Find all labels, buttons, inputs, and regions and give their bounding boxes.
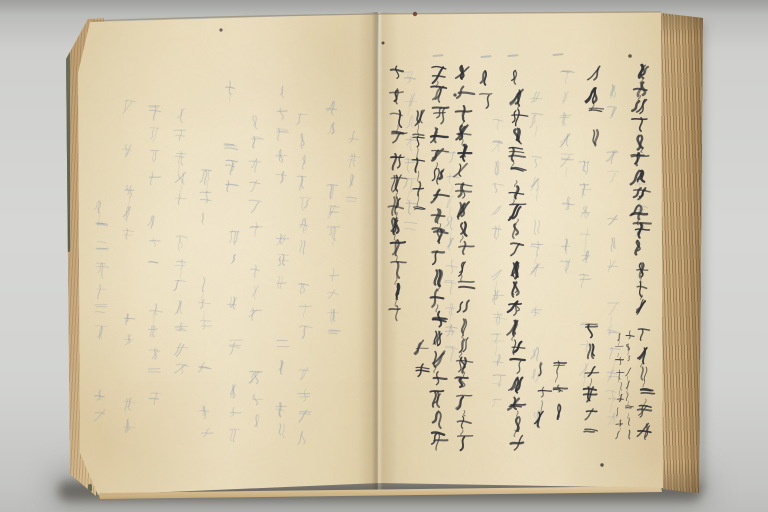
paper-grain — [56, 8, 708, 504]
faint-dash-mark — [482, 56, 491, 57]
paper-speck — [382, 42, 385, 45]
faint-dash-mark — [509, 55, 518, 56]
paper-speck — [453, 93, 456, 96]
faint-dash-mark — [434, 55, 443, 56]
paper-speck — [600, 463, 603, 466]
manuscript-photograph — [0, 0, 768, 512]
paper-speck — [413, 12, 417, 16]
faint-dash-mark — [554, 54, 563, 55]
calligraphy-overlay — [0, 0, 768, 512]
paper-speck — [628, 54, 632, 58]
paper-speck — [219, 28, 222, 31]
